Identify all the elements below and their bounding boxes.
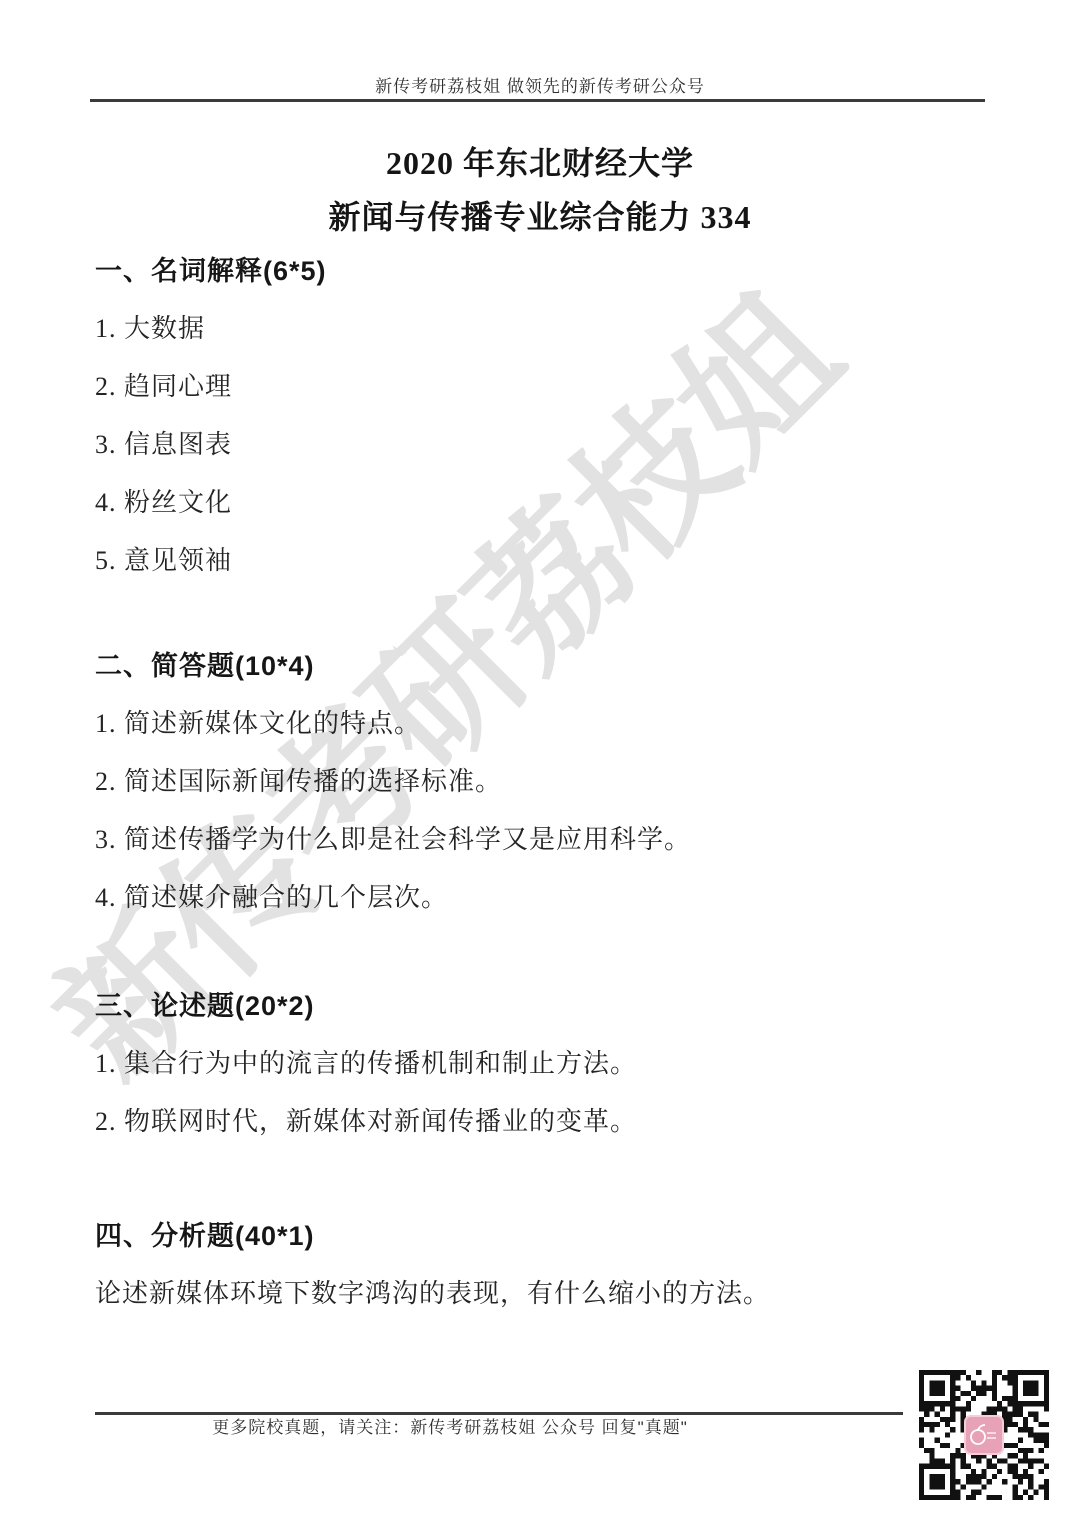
question-item: 2. 趋同心理 bbox=[95, 372, 985, 402]
section-heading: 三、论述题(20*2) bbox=[95, 991, 985, 1021]
question-item: 4. 粉丝文化 bbox=[95, 488, 985, 518]
header-rule bbox=[90, 99, 985, 102]
question-item: 3. 信息图表 bbox=[95, 430, 985, 460]
section-noun-explanation: 一、名词解释(6*5) 1. 大数据 2. 趋同心理 3. 信息图表 4. 粉丝… bbox=[95, 256, 985, 576]
question-item: 1. 集合行为中的流言的传播机制和制止方法。 bbox=[95, 1049, 985, 1079]
question-item: 论述新媒体环境下数字鸿沟的表现，有什么缩小的方法。 bbox=[95, 1279, 985, 1309]
question-item: 5. 意见领袖 bbox=[95, 546, 985, 576]
lychee-glyph bbox=[967, 1418, 1001, 1452]
exam-title-line-2: 新闻与传播专业综合能力 334 bbox=[0, 192, 1080, 238]
section-heading: 四、分析题(40*1) bbox=[95, 1221, 985, 1251]
question-item: 2. 简述国际新闻传播的选择标准。 bbox=[95, 767, 985, 797]
footer-rule bbox=[95, 1412, 985, 1415]
qr-code-icon bbox=[919, 1370, 1049, 1500]
section-analysis: 四、分析题(40*1) 论述新媒体环境下数字鸿沟的表现，有什么缩小的方法。 bbox=[95, 1221, 985, 1309]
exam-paper-page: 新传考研荔枝姐 新传考研荔枝姐 做领先的新传考研公众号 2020 年东北财经大学… bbox=[0, 0, 1080, 1527]
page-footer-text: 更多院校真题，请关注：新传考研荔枝姐 公众号 回复"真题" bbox=[0, 1417, 900, 1439]
section-essay: 三、论述题(20*2) 1. 集合行为中的流言的传播机制和制止方法。 2. 物联… bbox=[95, 991, 985, 1137]
section-short-answer: 二、简答题(10*4) 1. 简述新媒体文化的特点。 2. 简述国际新闻传播的选… bbox=[95, 651, 985, 913]
section-heading: 二、简答题(10*4) bbox=[95, 651, 985, 681]
lychee-logo-icon bbox=[964, 1415, 1004, 1455]
question-item: 1. 大数据 bbox=[95, 314, 985, 344]
section-heading: 一、名词解释(6*5) bbox=[95, 256, 985, 286]
page-header-text: 新传考研荔枝姐 做领先的新传考研公众号 bbox=[0, 72, 1080, 97]
qr-code-block bbox=[903, 1354, 1065, 1516]
question-item: 1. 简述新媒体文化的特点。 bbox=[95, 709, 985, 739]
question-item: 4. 简述媒介融合的几个层次。 bbox=[95, 883, 985, 913]
question-item: 3. 简述传播学为什么即是社会科学又是应用科学。 bbox=[95, 825, 985, 855]
question-item: 2. 物联网时代，新媒体对新闻传播业的变革。 bbox=[95, 1107, 985, 1137]
exam-title-line-1: 2020 年东北财经大学 bbox=[0, 138, 1080, 184]
